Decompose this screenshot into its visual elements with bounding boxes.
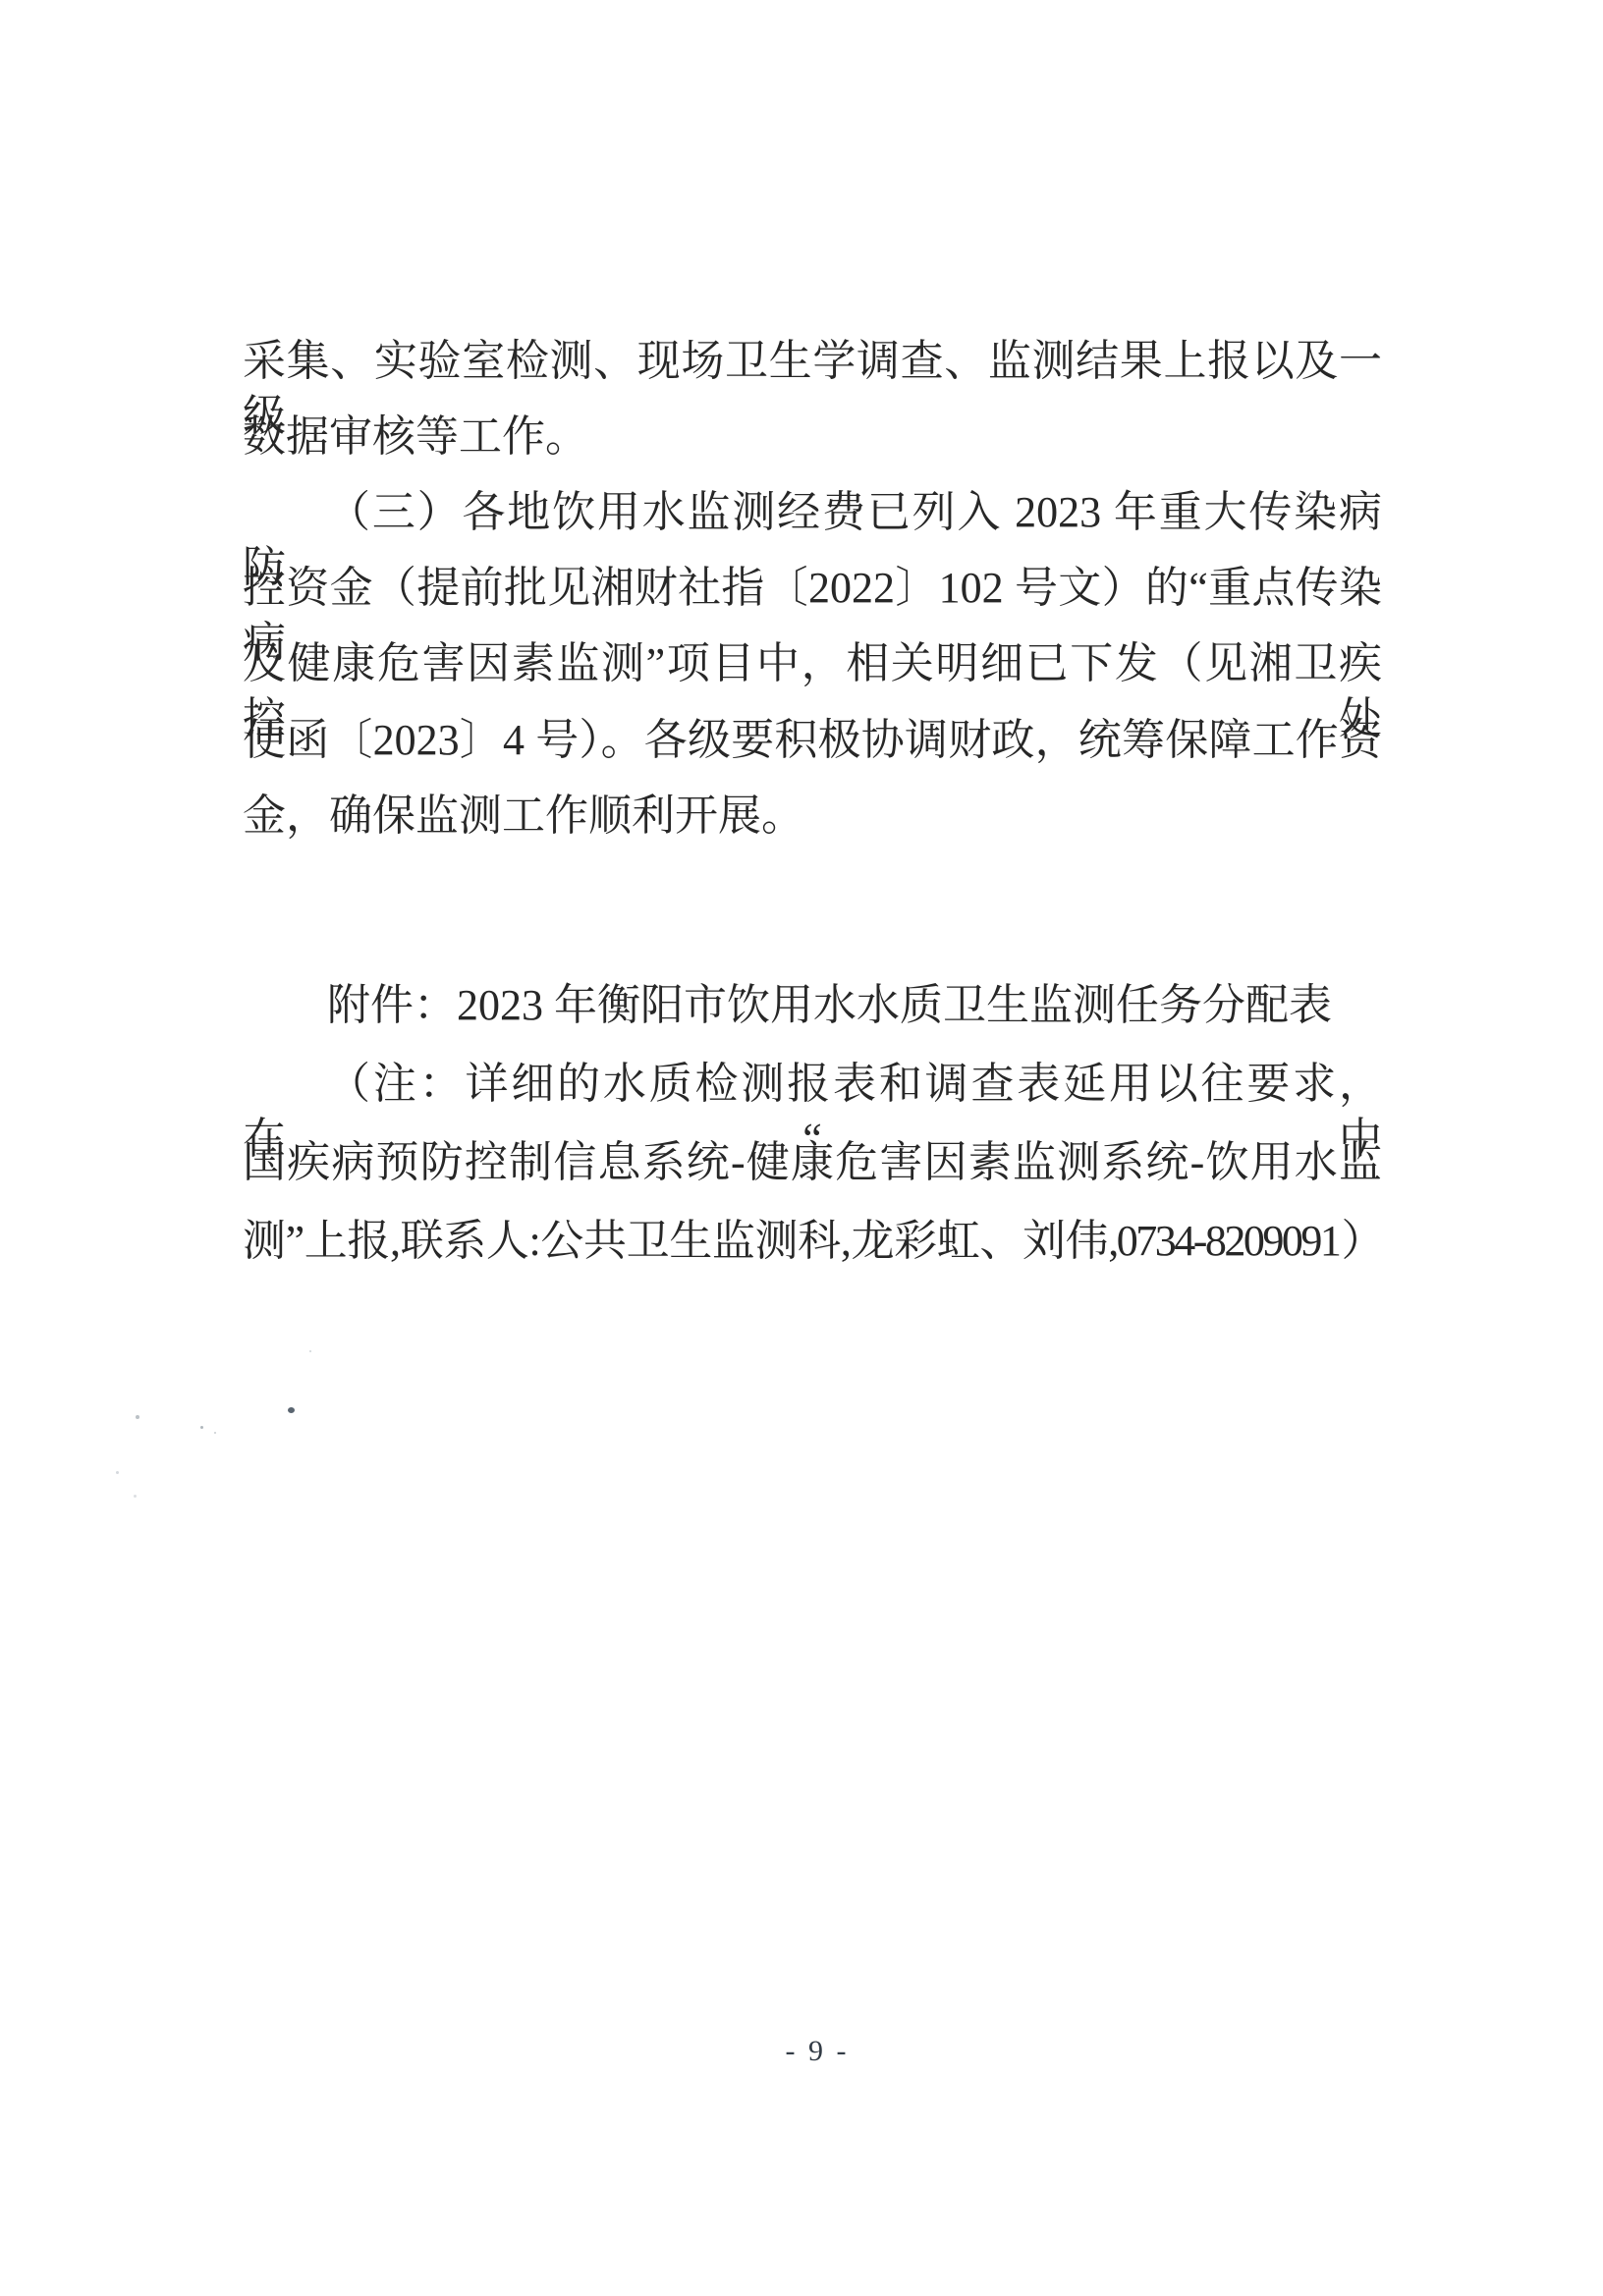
attachment-note-line-2: 国疾病预防控制信息系统-健康危害因素监测系统-饮用水监 [243, 1135, 1382, 1190]
scan-noise-dot [136, 1415, 139, 1419]
body-line-6: 便函〔2023〕4 号）。各级要积极协调财政，统筹保障工作资 [243, 713, 1382, 768]
document-page: 采集、实验室检测、现场卫生学调查、监测结果上报以及一级 数据审核等工作。 （三）… [0, 0, 1603, 2296]
body-line-2: 数据审核等工作。 [243, 410, 1382, 465]
page-number: - 9 - [243, 2035, 1392, 2068]
body-line-7: 金，确保监测工作顺利开展。 [243, 789, 1382, 844]
attachment-title-line: 附件：2023 年衡阳市饮用水水质卫生监测任务分配表 [243, 978, 1382, 1033]
scan-noise-dot [214, 1432, 216, 1434]
scan-noise-dot [200, 1426, 203, 1429]
scan-noise-dot [116, 1471, 119, 1474]
attachment-note-line-3: 测”上报,联系人:公共卫生监测科,龙彩虹、刘伟,0734-8209091） [243, 1214, 1382, 1269]
scan-noise-dot [309, 1350, 311, 1352]
scan-noise-dot [134, 1495, 137, 1498]
scan-noise-dot [288, 1407, 295, 1413]
